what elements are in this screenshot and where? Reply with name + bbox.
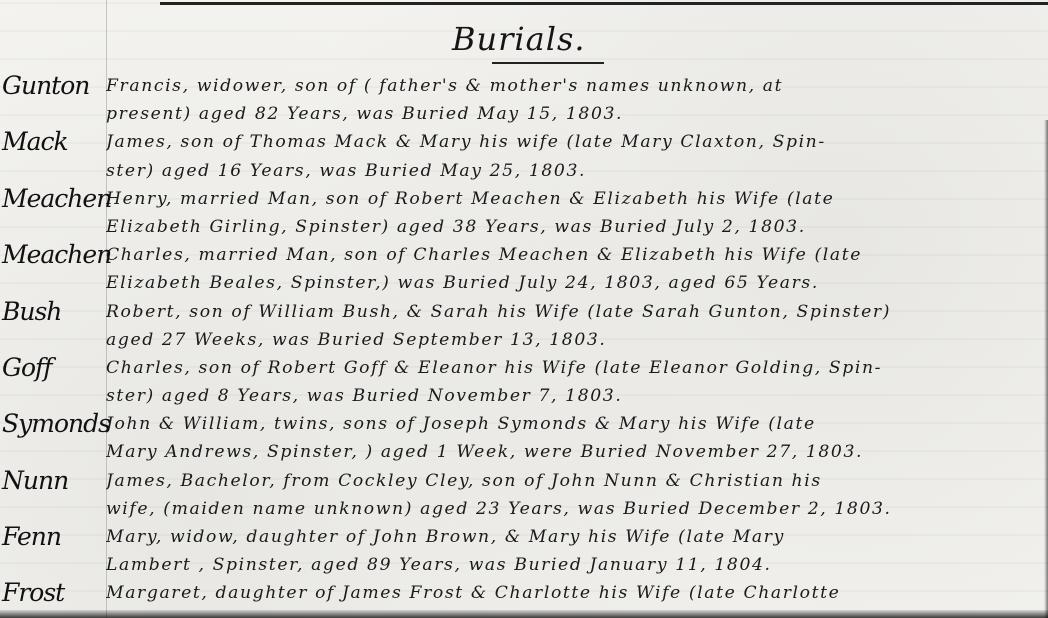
register-page: Burials. Gunton Francis, widower, son of… bbox=[0, 0, 1048, 618]
entry-line: Francis, widower, son of ( father's & mo… bbox=[106, 72, 1048, 100]
title-underline bbox=[492, 62, 604, 64]
burial-entry: Goff Charles, son of Robert Goff & Elean… bbox=[0, 354, 1048, 410]
entry-surname: Mack bbox=[2, 128, 108, 156]
burial-entry: Gunton Francis, widower, son of ( father… bbox=[0, 72, 1048, 128]
entry-surname: Meachen bbox=[2, 185, 108, 213]
entry-line: Elizabeth Girling, Spinster) aged 38 Yea… bbox=[106, 213, 1048, 241]
entry-surname: Symonds bbox=[2, 410, 108, 438]
entry-line: present) aged 82 Years, was Buried May 1… bbox=[106, 100, 1048, 128]
burial-entry: Frost Margaret, daughter of James Frost … bbox=[0, 579, 1048, 607]
burial-entry: Symonds John & William, twins, sons of J… bbox=[0, 410, 1048, 466]
entry-line: Charles, married Man, son of Charles Mea… bbox=[106, 241, 1048, 269]
entry-line: Robert, son of William Bush, & Sarah his… bbox=[106, 298, 1048, 326]
entry-line: Margaret, daughter of James Frost & Char… bbox=[106, 579, 1048, 607]
entry-line: James, son of Thomas Mack & Mary his wif… bbox=[106, 128, 1048, 156]
entry-line: Mary, widow, daughter of John Brown, & M… bbox=[106, 523, 1048, 551]
entry-line: wife, (maiden name unknown) aged 23 Year… bbox=[106, 495, 1048, 523]
burial-entry: Meachen Charles, married Man, son of Cha… bbox=[0, 241, 1048, 297]
page-title: Burials. bbox=[452, 20, 586, 58]
entry-surname: Bush bbox=[2, 298, 108, 326]
top-rule bbox=[160, 2, 1048, 5]
entry-line: Mary Andrews, Spinster, ) aged 1 Week, w… bbox=[106, 438, 1048, 466]
burial-entry: Fenn Mary, widow, daughter of John Brown… bbox=[0, 523, 1048, 579]
entry-line: James, Bachelor, from Cockley Cley, son … bbox=[106, 467, 1048, 495]
entry-surname: Frost bbox=[2, 579, 108, 607]
entry-line: ster) aged 16 Years, was Buried May 25, … bbox=[106, 157, 1048, 185]
entry-line: John & William, twins, sons of Joseph Sy… bbox=[106, 410, 1048, 438]
bottom-edge-shadow bbox=[0, 610, 1048, 618]
page-edge-shadow bbox=[1044, 120, 1048, 618]
entry-surname: Meachen bbox=[2, 241, 108, 269]
burial-entry: Bush Robert, son of William Bush, & Sara… bbox=[0, 298, 1048, 354]
burial-entry: Nunn James, Bachelor, from Cockley Cley,… bbox=[0, 467, 1048, 523]
burial-entry: Meachen Henry, married Man, son of Rober… bbox=[0, 185, 1048, 241]
burial-entries: Gunton Francis, widower, son of ( father… bbox=[0, 72, 1048, 608]
burial-entry: Mack James, son of Thomas Mack & Mary hi… bbox=[0, 128, 1048, 184]
entry-surname: Fenn bbox=[2, 523, 108, 551]
entry-line: Elizabeth Beales, Spinster,) was Buried … bbox=[106, 269, 1048, 297]
entry-line: Lambert , Spinster, aged 89 Years, was B… bbox=[106, 551, 1048, 579]
entry-line: aged 27 Weeks, was Buried September 13, … bbox=[106, 326, 1048, 354]
entry-surname: Goff bbox=[2, 354, 108, 382]
entry-line: ster) aged 8 Years, was Buried November … bbox=[106, 382, 1048, 410]
entry-surname: Gunton bbox=[2, 72, 108, 100]
entry-line: Henry, married Man, son of Robert Meache… bbox=[106, 185, 1048, 213]
entry-line: Charles, son of Robert Goff & Eleanor hi… bbox=[106, 354, 1048, 382]
entry-surname: Nunn bbox=[2, 467, 108, 495]
